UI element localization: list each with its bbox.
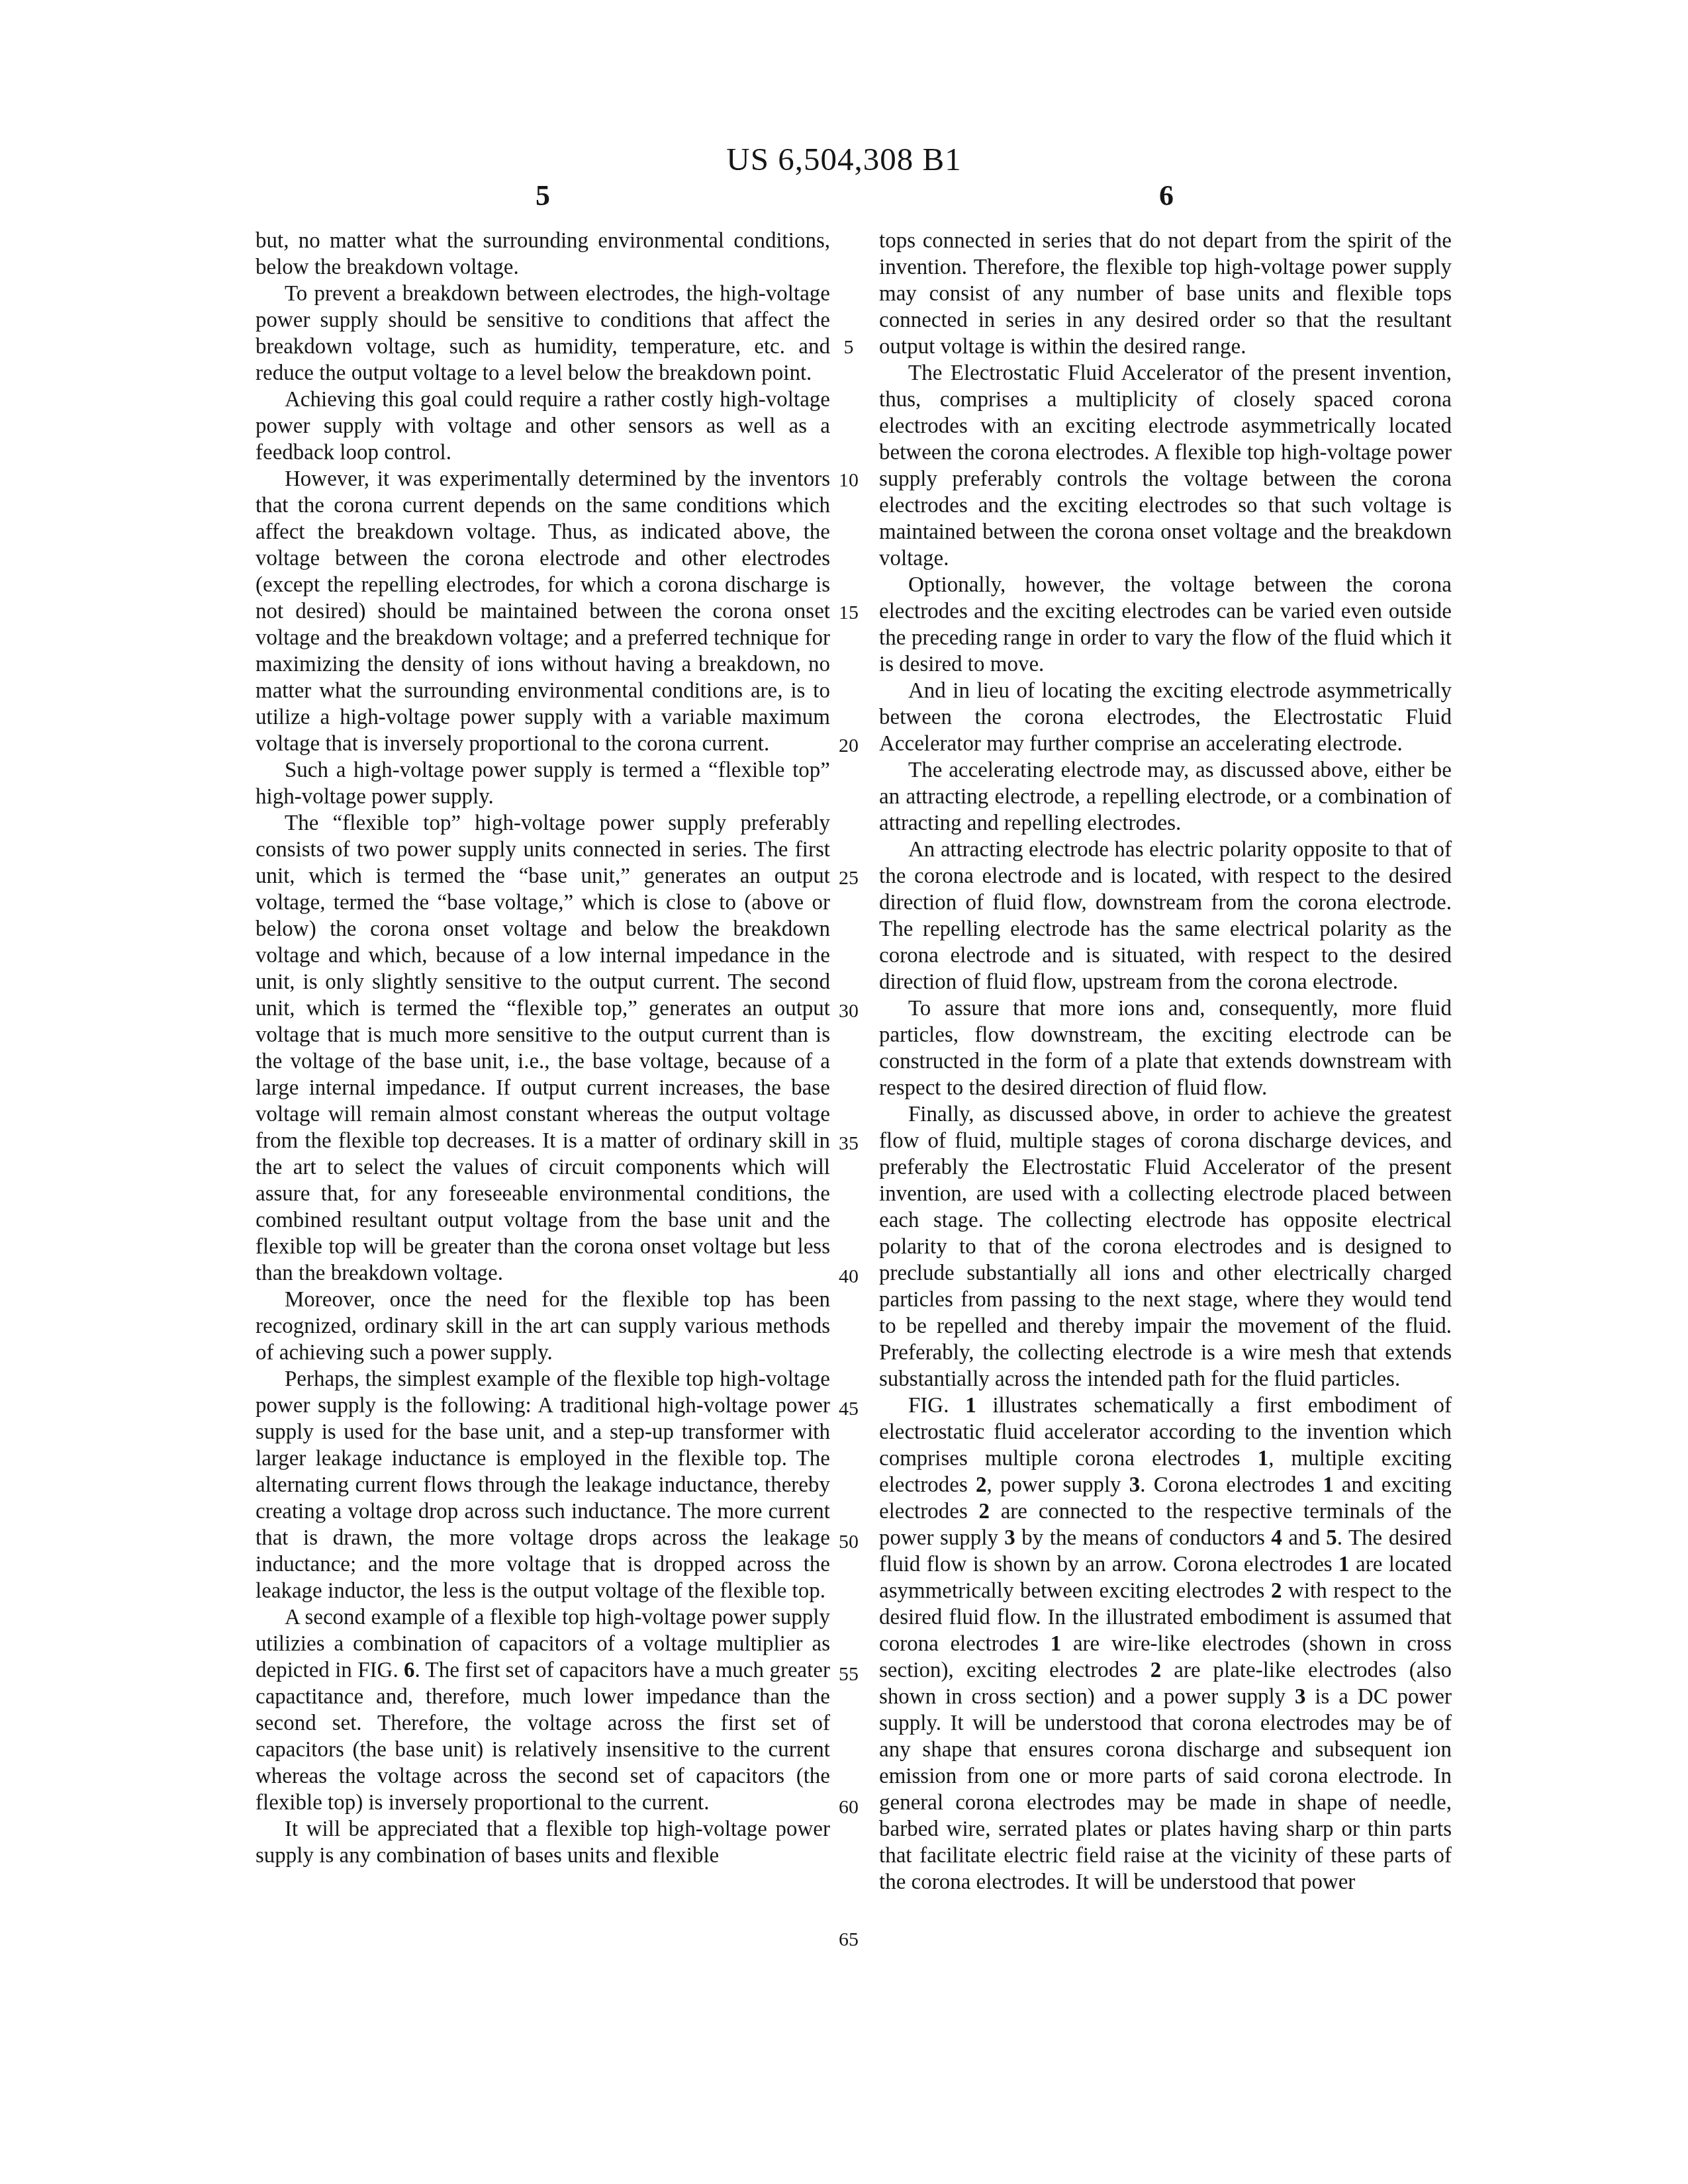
paragraph: Moreover, once the need for the flexible… xyxy=(256,1287,830,1366)
patent-document-page: US 6,504,308 B1 5 6 51015202530354045505… xyxy=(0,0,1688,2184)
line-number: 25 xyxy=(825,865,872,891)
line-number-gutter: 5101520253035404550556065 xyxy=(825,0,872,2184)
paragraph-text: tops connected in series that do not dep… xyxy=(879,229,1452,359)
paragraph: Achieving this goal could require a rath… xyxy=(256,387,830,466)
reference-numeral: 1 xyxy=(1323,1473,1334,1497)
line-number: 10 xyxy=(825,467,872,494)
paragraph: tops connected in series that do not dep… xyxy=(879,228,1452,360)
line-number: 55 xyxy=(825,1661,872,1688)
paragraph-text: FIG. xyxy=(908,1394,965,1418)
paragraph: but, no matter what the surrounding envi… xyxy=(256,228,830,281)
paragraph: An attracting electrode has electric pol… xyxy=(879,837,1452,995)
line-number: 30 xyxy=(825,998,872,1024)
paragraph-text: by the means of conductors xyxy=(1015,1526,1272,1550)
reference-numeral: 2 xyxy=(1150,1659,1162,1682)
paragraph-text: and xyxy=(1282,1526,1327,1550)
paragraph-text: And in lieu of locating the exciting ele… xyxy=(879,679,1452,756)
paragraph-text: Perhaps, the simplest example of the fle… xyxy=(256,1367,830,1603)
line-number: 35 xyxy=(825,1130,872,1157)
line-number: 40 xyxy=(825,1263,872,1290)
paragraph-text: The “flexible top” high-voltage power su… xyxy=(256,811,830,1285)
line-number: 45 xyxy=(825,1396,872,1422)
paragraph-text: To prevent a breakdown between electrode… xyxy=(256,282,830,385)
paragraph: Such a high-voltage power supply is term… xyxy=(256,757,830,810)
reference-numeral: 2 xyxy=(1271,1579,1282,1603)
line-number: 65 xyxy=(825,1927,872,1953)
paragraph-text: The Electrostatic Fluid Accelerator of t… xyxy=(879,361,1452,570)
reference-numeral: 1 xyxy=(1258,1447,1269,1471)
paragraph-text: An attracting electrode has electric pol… xyxy=(879,838,1452,994)
reference-numeral: 3 xyxy=(1004,1526,1015,1550)
reference-numeral: 5 xyxy=(1326,1526,1337,1550)
paragraph-text: is a DC power supply. It will be underst… xyxy=(879,1685,1452,1894)
left-column-text: but, no matter what the surrounding envi… xyxy=(256,228,830,1869)
paragraph-text: Optionally, however, the voltage between… xyxy=(879,573,1452,676)
paragraph-text: Achieving this goal could require a rath… xyxy=(256,388,830,465)
right-column-page-number: 6 xyxy=(879,179,1454,212)
right-column-text: tops connected in series that do not dep… xyxy=(879,228,1452,1895)
line-number: 50 xyxy=(825,1529,872,1555)
reference-numeral: 1 xyxy=(1051,1632,1062,1656)
left-column-page-number: 5 xyxy=(256,179,830,212)
reference-numeral: 2 xyxy=(978,1500,990,1524)
line-number: 15 xyxy=(825,600,872,626)
paragraph-text: However, it was experimentally determine… xyxy=(256,467,830,756)
paragraph-text: The accelerating electrode may, as discu… xyxy=(879,758,1452,835)
line-number: 20 xyxy=(825,733,872,759)
paragraph: Finally, as discussed above, in order to… xyxy=(879,1101,1452,1392)
paragraph: To prevent a breakdown between electrode… xyxy=(256,281,830,387)
paragraph: The Electrostatic Fluid Accelerator of t… xyxy=(879,360,1452,572)
paragraph-text: , power supply xyxy=(986,1473,1129,1497)
paragraph-text: It will be appreciated that a flexible t… xyxy=(256,1817,830,1868)
paragraph: It will be appreciated that a flexible t… xyxy=(256,1816,830,1869)
paragraph: FIG. 1 illustrates schematically a first… xyxy=(879,1392,1452,1895)
line-number: 5 xyxy=(825,334,872,361)
reference-numeral: 2 xyxy=(976,1473,987,1497)
paragraph: A second example of a flexible top high-… xyxy=(256,1604,830,1816)
paragraph: To assure that more ions and, consequent… xyxy=(879,995,1452,1101)
line-number: 60 xyxy=(825,1794,872,1821)
paragraph: The “flexible top” high-voltage power su… xyxy=(256,810,830,1287)
paragraph-text: Such a high-voltage power supply is term… xyxy=(256,758,830,809)
paragraph: However, it was experimentally determine… xyxy=(256,466,830,757)
paragraph-text: . Corona electrodes xyxy=(1140,1473,1323,1497)
paragraph: The accelerating electrode may, as discu… xyxy=(879,757,1452,837)
reference-numeral: 4 xyxy=(1271,1526,1282,1550)
paragraph: Perhaps, the simplest example of the fle… xyxy=(256,1366,830,1604)
reference-numeral: 3 xyxy=(1295,1685,1306,1709)
reference-numeral: 1 xyxy=(1338,1553,1350,1576)
paragraph-text: but, no matter what the surrounding envi… xyxy=(256,229,830,279)
reference-numeral: 6 xyxy=(404,1659,415,1682)
paragraph: Optionally, however, the voltage between… xyxy=(879,572,1452,678)
paragraph-text: Finally, as discussed above, in order to… xyxy=(879,1103,1452,1391)
paragraph: And in lieu of locating the exciting ele… xyxy=(879,678,1452,757)
paragraph-text: Moreover, once the need for the flexible… xyxy=(256,1288,830,1365)
reference-numeral: 3 xyxy=(1129,1473,1141,1497)
reference-numeral: 1 xyxy=(965,1394,976,1418)
paragraph-text: To assure that more ions and, consequent… xyxy=(879,997,1452,1100)
